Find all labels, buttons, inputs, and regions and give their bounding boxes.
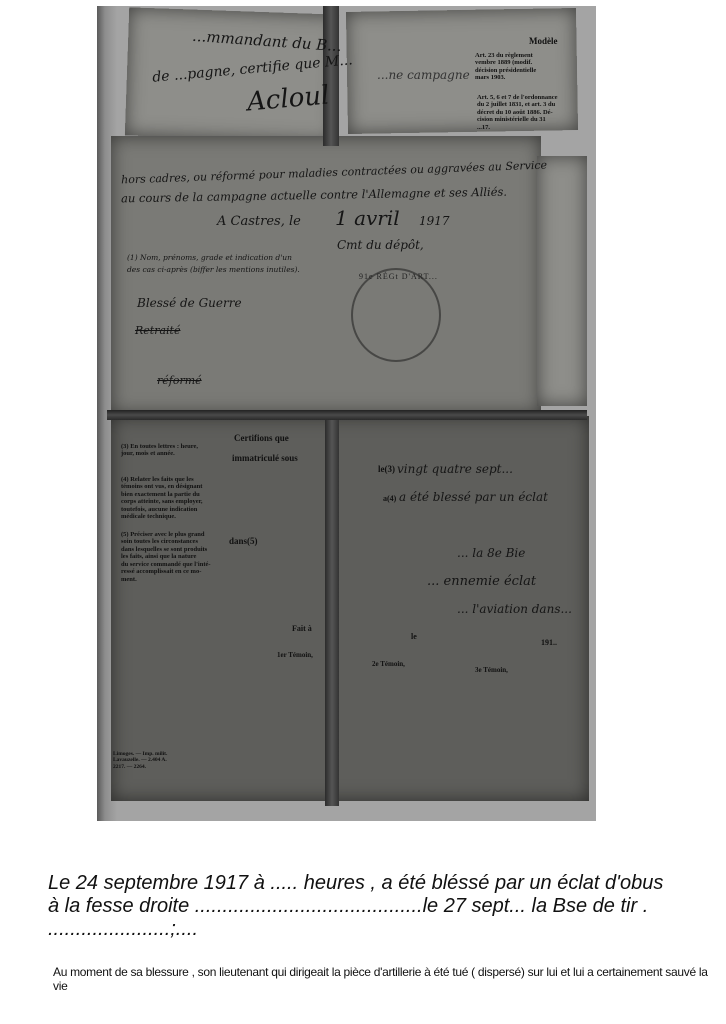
hw-note-1b: des cas ci-après (biffer les mentions in… <box>127 265 300 274</box>
caption-line-3: ......................;.... <box>48 918 723 941</box>
printed-certifions: Certifions que <box>234 433 289 443</box>
stamp-text: 91e RÉGt D'ART... <box>359 272 438 281</box>
hw-reforme: réformé <box>157 374 202 387</box>
printed-a4: a(4) <box>383 494 396 503</box>
fold-horizontal <box>107 410 587 420</box>
printed-model-header: Modèle <box>529 36 558 46</box>
paper-middle-right <box>537 156 587 406</box>
printed-imprint: Limoges. — Imp. milit. Lavauzelle. — 2.4… <box>113 751 167 770</box>
hw-retraite: Retraité <box>135 324 180 337</box>
printed-model-art1: Art. 23 du règlement vembre 1889 (modif.… <box>475 52 536 82</box>
hw-signature-title: Cmt du dépôt, <box>337 238 424 252</box>
printed-model-art2: Art. 5, 6 et 7 de l'ordonnance du 2 juil… <box>477 94 558 131</box>
regiment-stamp <box>351 268 441 362</box>
fold-vertical <box>323 6 339 146</box>
hw-lower-2: a été blessé par un éclat <box>399 490 548 504</box>
printed-immatricule: immatriculé sous <box>232 453 298 463</box>
printed-note-4: (4) Relater les faits que les témoins on… <box>121 476 203 521</box>
printed-dans5: dans(5) <box>229 536 258 546</box>
document-photo: ...mmandant du B... de ...pagne, certifi… <box>97 6 596 821</box>
note-paragraph: Au moment de sa blessure , son lieutenan… <box>53 965 723 993</box>
caption-line-1: Le 24 septembre 1917 à ..... heures , a … <box>48 872 723 895</box>
hw-date-value: 1 avril <box>335 206 400 230</box>
caption-line-2: à la fesse droite ......................… <box>48 895 723 918</box>
hw-lower-4: ... ennemie éclat <box>427 574 536 589</box>
printed-note-5: (5) Préciser avec le plus grand soin tou… <box>121 531 211 583</box>
hw-lower-1: vingt quatre sept... <box>397 462 513 476</box>
caption: Le 24 septembre 1917 à ..... heures , a … <box>48 872 723 941</box>
printed-temoin-1: 1er Témoin, <box>277 651 313 659</box>
hw-year: 1917 <box>419 214 450 228</box>
printed-temoin-3: 3e Témoin, <box>475 666 508 674</box>
hw-blesse: Blessé de Guerre <box>137 296 242 310</box>
printed-fait-a: Fait à <box>292 624 312 633</box>
hw-top-right: ...ne campagne <box>377 68 470 82</box>
printed-temoin-2: 2e Témoin, <box>372 660 405 668</box>
printed-fait-year: 191.. <box>541 638 557 647</box>
printed-fait-le: le <box>411 632 417 641</box>
hw-lower-5: ... l'aviation dans... <box>457 602 572 616</box>
printed-note-3: (3) En toutes lettres : heure, jour, moi… <box>121 443 198 458</box>
hw-note-1: (1) Nom, prénoms, grade et indication d'… <box>127 253 292 262</box>
hw-place-date: A Castres, le <box>217 214 301 229</box>
hw-lower-3: ... la 8e Bie <box>457 546 525 560</box>
printed-le3: le(3) <box>378 464 395 474</box>
fold-vertical-lower <box>325 416 339 806</box>
